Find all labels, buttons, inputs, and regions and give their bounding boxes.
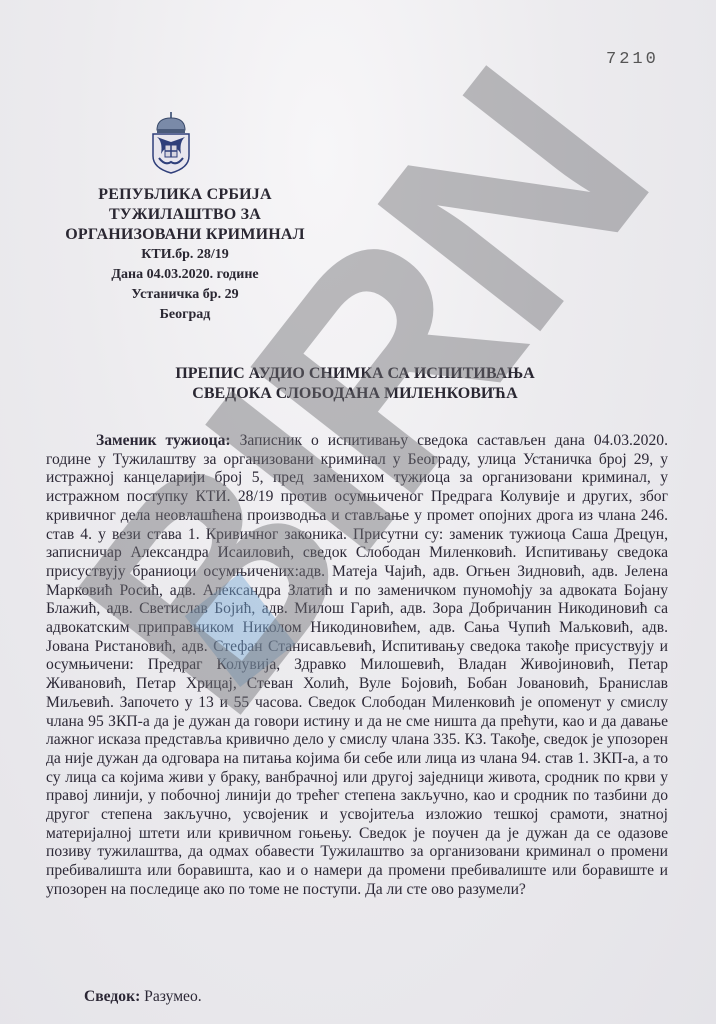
- serbian-coat-of-arms-icon: [149, 112, 193, 174]
- answer-speaker: Сведок:: [84, 988, 140, 1005]
- witness-answer: Сведок: Разумео.: [84, 988, 202, 1006]
- paragraph-text: Записник о испитивању сведока састављен …: [46, 432, 668, 898]
- institution-header: РЕПУБЛИКА СРБИЈА ТУЖИЛАШТВО ЗА ОРГАНИЗОВ…: [30, 185, 340, 325]
- header-office-cont: ОРГАНИЗОВАНИ КРИМИНАЛ: [30, 225, 340, 245]
- title-line-1: ПРЕПИС АУДИО СНИМКА СА ИСПИТИВАЊА: [120, 364, 590, 384]
- title-line-2: СВЕДОКА СЛОБОДАНА МИЛЕНКОВИЋА: [120, 384, 590, 404]
- transcript-paragraph: Заменик тужиоца: Записник о испитивању с…: [46, 432, 668, 900]
- speaker-label: Заменик тужиоца:: [96, 432, 231, 449]
- page-number: 7210: [606, 50, 659, 69]
- document-title: ПРЕПИС АУДИО СНИМКА СА ИСПИТИВАЊА СВЕДОК…: [120, 364, 590, 404]
- header-office: ТУЖИЛАШТВО ЗА: [30, 205, 340, 225]
- city: Београд: [30, 305, 340, 325]
- address: Устаничка бр. 29: [30, 285, 340, 305]
- answer-text: Разумео.: [144, 988, 202, 1005]
- header-country: РЕПУБЛИКА СРБИЈА: [30, 185, 340, 205]
- case-number: КТИ.бр. 28/19: [30, 245, 340, 265]
- document-date: Дана 04.03.2020. године: [30, 265, 340, 285]
